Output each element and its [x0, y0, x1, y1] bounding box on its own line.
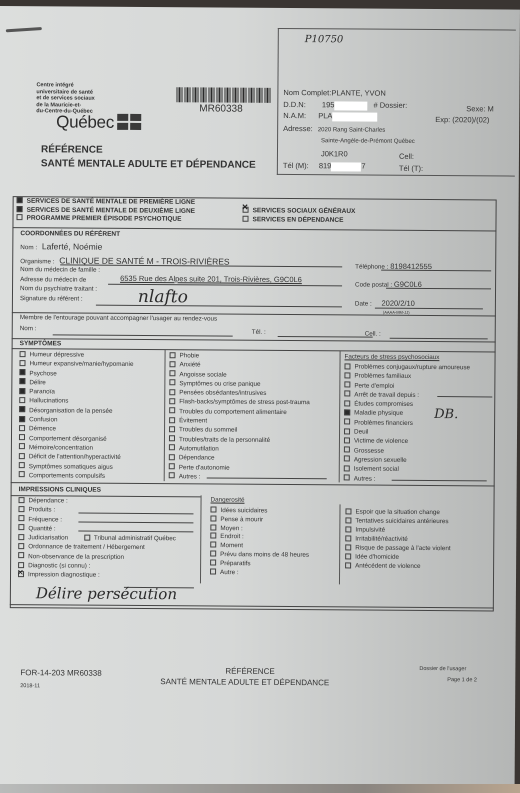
- label: Exp:: [435, 115, 450, 124]
- checkbox[interactable]: [210, 524, 216, 530]
- date-value[interactable]: 2020/2/10: [381, 299, 414, 308]
- symptom-label: Symptômes somatiques aigus: [29, 463, 113, 471]
- checkbox[interactable]: [18, 562, 24, 568]
- symptom-option[interactable]: Anxiété: [169, 360, 310, 370]
- checkbox[interactable]: [169, 435, 175, 441]
- checkbox[interactable]: [345, 517, 351, 523]
- danger-label: Prévu dans moins de 48 heures: [220, 551, 309, 559]
- fleur-de-lis-flag-icon: [117, 114, 141, 130]
- service-label: SERVICES EN DÉPENDANCE: [252, 216, 343, 224]
- symptom-label: Humeur dépressive: [30, 351, 85, 358]
- checkbox[interactable]: [169, 473, 175, 479]
- adresse-medecin-value[interactable]: 6535 Rue des Alpes suite 201, Trois-Rivi…: [120, 274, 302, 284]
- danger-label: Autre :: [220, 569, 239, 576]
- nam-field: N.A.M: PLA: [283, 111, 377, 121]
- pen-mark: [6, 27, 42, 32]
- symptom-label: Perte d'autonomie: [179, 464, 230, 471]
- symptom-label: Angoisse sociale: [179, 371, 226, 378]
- danger-label: Idées suicidaires: [220, 507, 267, 514]
- handwritten-diagnosis: Délire persécution: [36, 584, 177, 603]
- referent-name-field: Nom : Laferté, Noémie: [20, 241, 102, 252]
- checkbox[interactable]: [19, 434, 25, 440]
- checkbox[interactable]: [19, 453, 25, 459]
- checkbox[interactable]: [210, 542, 216, 548]
- checkbox[interactable]: [19, 472, 25, 478]
- symptom-label: Phobie: [180, 352, 200, 359]
- checkbox[interactable]: [19, 444, 25, 450]
- checkbox[interactable]: [18, 525, 24, 531]
- symptom-label: Désorganisation de la pensée: [29, 407, 112, 415]
- barcode: [176, 87, 271, 103]
- impression-label: Non-observance de la prescription: [28, 553, 124, 561]
- psychiatre-label: Nom du psychiatre traitant :: [20, 285, 97, 293]
- danger-label: Impulsivité: [355, 526, 385, 533]
- label: Date :: [355, 300, 372, 307]
- danger-option[interactable]: Pense à mourir: [210, 515, 309, 524]
- handwritten-note: DB.: [434, 407, 458, 422]
- checkbox[interactable]: [18, 506, 24, 512]
- footer-title-line1: RÉFÉRENCE: [225, 667, 274, 676]
- stress-label: Isolement social: [354, 466, 399, 473]
- danger-label: Moment: [220, 542, 243, 549]
- stress-label: Grossesse: [354, 447, 384, 454]
- service-label: PROGRAMME PREMIER ÉPISODE PSYCHOTIQUE: [26, 215, 181, 223]
- danger-option[interactable]: Antécédent de violence: [345, 561, 450, 571]
- adresse-line2: Sainte-Angèle-de-Prémont Québec: [321, 138, 415, 145]
- medecin-label: Nom du médecin de famille :: [20, 266, 100, 274]
- checkbox[interactable]: [19, 425, 25, 431]
- checkbox[interactable]: [20, 351, 26, 357]
- checkbox[interactable]: [84, 534, 90, 540]
- redaction: [334, 101, 367, 110]
- danger-label: Tentatives suicidaires antérieures: [355, 517, 448, 525]
- checkbox-checked[interactable]: [17, 197, 23, 203]
- stress-option[interactable]: Problèmes familiaux: [344, 372, 470, 382]
- checkbox[interactable]: [344, 400, 350, 406]
- services-list: SERVICES DE SANTÉ MENTALE DE PREMIÈRE LI…: [16, 197, 195, 224]
- adresse-line1: 2020 Rang Saint-Charles: [318, 127, 385, 133]
- symptom-label: Déficit de l'attention/hyperactivité: [29, 453, 121, 461]
- checkbox[interactable]: [169, 445, 175, 451]
- checkbox-checked[interactable]: [19, 388, 25, 394]
- checkbox[interactable]: [169, 380, 175, 386]
- symptom-label: Évitement: [179, 417, 207, 424]
- referent-name[interactable]: Laferté, Noémie: [42, 241, 103, 251]
- entourage-title: Membre de l'entourage pouvant accompagne…: [20, 314, 217, 322]
- symptom-label: Troubles du comportement alimentaire: [179, 408, 287, 416]
- impression-label: Ordonnance de traitement / Hébergement: [28, 544, 145, 552]
- stress-factors-title: Facteurs de stress psychosociaux: [345, 353, 440, 361]
- checkbox[interactable]: [169, 361, 175, 367]
- symptom-label: Autres :: [179, 473, 201, 480]
- form-title-line2: SANTÉ MENTALE ADULTE ET DÉPENDANCE: [41, 158, 256, 170]
- checkbox-checked[interactable]: [19, 406, 25, 412]
- checkbox[interactable]: [210, 506, 216, 512]
- stress-label: Deuil: [354, 429, 368, 436]
- referent-section-title: COORDONNÉES DU RÉFÉRENT: [20, 230, 120, 238]
- stress-label: Problèmes familiaux: [354, 373, 411, 380]
- impressions-col1: Dépendance : Produits : Fréquence : Quan…: [18, 496, 176, 581]
- stress-label: Arrêt de travail depuis :: [354, 391, 419, 398]
- tribunal-option[interactable]: Tribunal administratif Québec: [84, 535, 176, 543]
- symptom-option[interactable]: Humeur expansive/manie/hypomanie: [19, 359, 133, 369]
- impression-label: Impression diagnostique :: [28, 572, 100, 580]
- dangerosite-col2: Idées suicidaires Pense à mourir Moyen :…: [210, 506, 309, 577]
- checkbox[interactable]: [19, 462, 25, 468]
- label: D.D.N:: [283, 100, 306, 109]
- label: Sexe:: [466, 104, 485, 113]
- symptom-label: Confusion: [29, 416, 57, 423]
- symptom-option[interactable]: Démence: [19, 425, 133, 435]
- service-option[interactable]: PROGRAMME PREMIER ÉPISODE PSYCHOTIQUE: [16, 214, 194, 224]
- adresse-medecin-label: Adresse du médecin de: [20, 276, 86, 283]
- organization-name: Centre intégré universitaire de santé et…: [36, 82, 106, 115]
- checkbox[interactable]: [210, 533, 216, 539]
- checkbox-checked[interactable]: [17, 206, 23, 212]
- checkbox[interactable]: [19, 497, 25, 503]
- danger-label: Risque de passage à l'acte violent: [355, 544, 450, 552]
- danger-label: Endroit :: [220, 533, 244, 540]
- checkbox[interactable]: [344, 428, 350, 434]
- checkbox[interactable]: [210, 550, 216, 556]
- impression-label: Diagnostic (si connu) :: [28, 562, 90, 569]
- footer-form-code: FOR-14-203 MR60338: [20, 668, 101, 678]
- checkbox[interactable]: [18, 534, 24, 540]
- patient-name-field: Nom Complet:PLANTE, YVON: [283, 88, 385, 98]
- checkbox[interactable]: [18, 515, 24, 521]
- exp-field: Exp: (2020)/(02): [435, 115, 489, 124]
- checkbox[interactable]: [344, 474, 350, 480]
- symptom-option[interactable]: Troubles du sommeil: [169, 426, 310, 436]
- checkbox[interactable]: [344, 382, 350, 388]
- checkbox[interactable]: [345, 562, 351, 568]
- symptom-label: Psychose: [29, 370, 56, 377]
- quebec-logo-text: Québec: [56, 112, 114, 132]
- checkbox[interactable]: [344, 447, 350, 453]
- symptomes-section-title: SYMPTÔMES: [20, 340, 62, 347]
- ddn-value: 195: [322, 100, 335, 109]
- nam-value: PLA: [318, 111, 332, 120]
- checkbox[interactable]: [19, 360, 25, 366]
- adresse-field: Adresse: 2020 Rang Saint-Charles: [283, 124, 385, 134]
- label: Organisme :: [20, 258, 54, 265]
- checkbox[interactable]: [169, 463, 175, 469]
- impression-option[interactable]: Produits :: [18, 505, 176, 515]
- checkbox-checked[interactable]: [19, 379, 25, 385]
- service-label: SERVICES DE SANTÉ MENTALE DE DEUXIÈME LI…: [27, 206, 195, 214]
- danger-option[interactable]: Idées suicidaires: [210, 506, 309, 515]
- symptom-option[interactable]: Dépendance: [169, 453, 310, 463]
- impression-label: Judiciarisation: [28, 534, 68, 541]
- checkbox-x-marked[interactable]: [243, 207, 249, 213]
- checkbox[interactable]: [17, 214, 23, 220]
- tel-m-field: Tél (M): 8197: [283, 161, 366, 171]
- danger-label: Pense à mourir: [220, 516, 263, 523]
- checkbox[interactable]: [345, 544, 351, 550]
- symptomes-col2: Phobie Anxiété Angoisse sociale Symptôme…: [169, 351, 310, 482]
- dangerosite-col3: Espoir que la situation change Tentative…: [345, 507, 451, 571]
- redaction: [332, 112, 377, 121]
- danger-label: Antécédent de violence: [355, 562, 421, 569]
- checkbox[interactable]: [344, 456, 350, 462]
- checkbox[interactable]: [243, 215, 249, 221]
- symptom-label: Délire: [29, 379, 46, 386]
- checkbox[interactable]: [344, 391, 350, 397]
- checkbox[interactable]: [18, 552, 24, 558]
- dangerosite-title: Dangerosité: [211, 496, 245, 503]
- stress-label: Victime de violence: [354, 438, 408, 445]
- symptom-label: Hallucinations: [29, 398, 68, 405]
- symptom-label: Troubles/traits de la personnalité: [179, 436, 270, 444]
- form-title-line1: RÉFÉRENCE: [41, 144, 103, 155]
- checkbox[interactable]: [344, 419, 350, 425]
- footer-dossier-label: Dossier de l'usager: [419, 666, 466, 672]
- symptom-label: Anxiété: [179, 362, 200, 369]
- symptom-label: Humeur expansive/manie/hypomanie: [29, 361, 133, 369]
- ddn-field: D.D.N: 195 # Dossier:: [283, 100, 407, 110]
- checkbox-x-marked[interactable]: [18, 571, 24, 577]
- label: Nom Complet:: [283, 88, 331, 97]
- adresse-line3: J0K1R0: [321, 149, 348, 158]
- exp-value: (2020)/(02): [452, 115, 489, 124]
- footer-page-label: Page 1 de 2: [447, 677, 477, 683]
- checkbox-checked[interactable]: [19, 416, 25, 422]
- tel-m-suffix: 7: [361, 162, 365, 171]
- services-list-right: SERVICES SOCIAUX GÉNÉRAUX SERVICES EN DÉ…: [242, 207, 355, 225]
- checkbox[interactable]: [169, 417, 175, 423]
- danger-option[interactable]: Prévu dans moins de 48 heures: [210, 550, 309, 559]
- symptom-label: Comportements compulsifs: [29, 472, 105, 480]
- tel-m-value: 819: [319, 161, 332, 170]
- symptom-label: Dépendance: [179, 455, 215, 462]
- symptom-option[interactable]: Comportements compulsifs: [19, 471, 133, 481]
- stress-label: Perte d'emploi: [354, 382, 394, 389]
- table-surface: [0, 784, 520, 793]
- stress-label: Autres :: [354, 475, 376, 482]
- service-label: SERVICES DE SANTÉ MENTALE DE PREMIÈRE LI…: [27, 198, 195, 206]
- checkbox[interactable]: [169, 454, 175, 460]
- checkbox[interactable]: [210, 568, 216, 574]
- stress-label: Études compromises: [354, 401, 413, 408]
- danger-label: Préparatifs: [220, 560, 251, 567]
- symptom-label: Comportement désorganisé: [29, 435, 107, 443]
- barcode-number: MR60338: [199, 103, 242, 114]
- danger-option[interactable]: Autre :: [210, 568, 309, 577]
- label: Nom :: [20, 244, 37, 251]
- symptom-label: Troubles du sommeil: [179, 427, 237, 434]
- stress-option[interactable]: Victime de violence: [344, 437, 470, 447]
- service-option[interactable]: SERVICES SOCIAUX GÉNÉRAUX: [243, 207, 356, 216]
- checkbox[interactable]: [344, 363, 350, 369]
- service-option[interactable]: SERVICES EN DÉPENDANCE: [242, 215, 355, 224]
- checkbox-checked[interactable]: [19, 369, 25, 375]
- symptom-option[interactable]: Déficit de l'attention/hyperactivité: [19, 452, 133, 462]
- impression-label: Dépendance :: [29, 497, 68, 504]
- signature-label: Signature du référent :: [20, 295, 83, 302]
- checkbox[interactable]: [210, 559, 216, 565]
- tel-t-label: Tél (T):: [399, 164, 423, 173]
- entourage-nom-label: Nom :: [20, 325, 37, 332]
- impression-label: Produits :: [28, 507, 55, 514]
- symptom-label: Automutilation: [179, 445, 219, 452]
- checkbox[interactable]: [169, 370, 175, 376]
- stress-label: Maladie physique: [354, 410, 403, 417]
- impression-label: Quantité :: [28, 525, 55, 532]
- checkbox[interactable]: [345, 553, 351, 559]
- impression-label: Fréquence :: [28, 516, 62, 523]
- checkbox[interactable]: [344, 372, 350, 378]
- handwritten-id: P10750: [305, 34, 344, 45]
- tribunal-label: Tribunal administratif Québec: [94, 535, 176, 543]
- checkbox[interactable]: [169, 398, 175, 404]
- label: Tél (M):: [283, 161, 309, 170]
- symptom-label: Mémoire/concentration: [29, 444, 93, 451]
- checkbox[interactable]: [344, 437, 350, 443]
- checkbox[interactable]: [345, 535, 351, 541]
- checkbox[interactable]: [18, 543, 24, 549]
- label: Adresse:: [283, 124, 313, 133]
- footer-title-line2: SANTÉ MENTALE ADULTE ET DÉPENDANCE: [160, 677, 329, 687]
- symptom-label: Symptômes ou crise panique: [179, 380, 260, 388]
- checkbox[interactable]: [169, 389, 175, 395]
- footer-form-date: 2018-11: [20, 683, 40, 689]
- checkbox[interactable]: [345, 508, 351, 514]
- entourage-cell-label: Cell. :: [365, 331, 381, 338]
- impression-option[interactable]: Impression diagnostique :: [18, 571, 176, 581]
- dossier-label: # Dossier:: [373, 101, 407, 110]
- danger-label: Espoir que la situation change: [355, 508, 439, 516]
- patient-name: PLANTE, YVON: [331, 88, 386, 97]
- stress-option[interactable]: Isolement social: [344, 465, 470, 475]
- danger-label: Irritabilité/réactivité: [355, 535, 408, 542]
- symptom-option[interactable]: Hallucinations: [19, 397, 133, 407]
- checkbox[interactable]: [210, 515, 216, 521]
- stress-label: Problèmes financiers: [354, 419, 413, 426]
- checkbox-checked[interactable]: [344, 409, 350, 415]
- danger-label: Idée d'homicide: [355, 553, 399, 560]
- redaction: [331, 162, 361, 171]
- checkbox[interactable]: [19, 397, 25, 403]
- stress-factors-list: Problèmes conjugaux/rupture amoureuse Pr…: [344, 362, 470, 484]
- danger-label: Moyen :: [220, 525, 242, 532]
- label: N.A.M:: [283, 111, 306, 120]
- form-paper: Centre intégré universitaire de santé et…: [0, 6, 520, 792]
- checkbox[interactable]: [170, 352, 176, 358]
- checkbox[interactable]: [169, 407, 175, 413]
- symptom-label: Démence: [29, 426, 56, 433]
- cell-label: Cell:: [399, 152, 414, 161]
- sexe-value: M: [488, 104, 494, 113]
- service-label: SERVICES SOCIAUX GÉNÉRAUX: [253, 207, 356, 215]
- sexe-field: Sexe: M: [466, 104, 494, 113]
- entourage-tel-label: Tél. :: [252, 329, 266, 336]
- stress-label: Agression sexuelle: [354, 456, 407, 463]
- symptom-label: Pensées obsédantes/intrusives: [179, 389, 266, 397]
- danger-option[interactable]: Préparatifs: [210, 559, 309, 568]
- symptom-label: Paranoïa: [29, 388, 55, 395]
- checkbox[interactable]: [169, 426, 175, 432]
- checkbox[interactable]: [344, 465, 350, 471]
- symptom-label: Flash-backs/symptômes de stress post-tra…: [179, 399, 310, 407]
- stress-label: Problèmes conjugaux/rupture amoureuse: [354, 363, 470, 371]
- symptomes-col1: Humeur dépressive Humeur expansive/manie…: [19, 350, 134, 481]
- checkbox[interactable]: [345, 526, 351, 532]
- impressions-section-title: IMPRESSIONS CLINIQUES: [19, 486, 101, 494]
- date-field: Date : 2020/2/10: [355, 298, 415, 307]
